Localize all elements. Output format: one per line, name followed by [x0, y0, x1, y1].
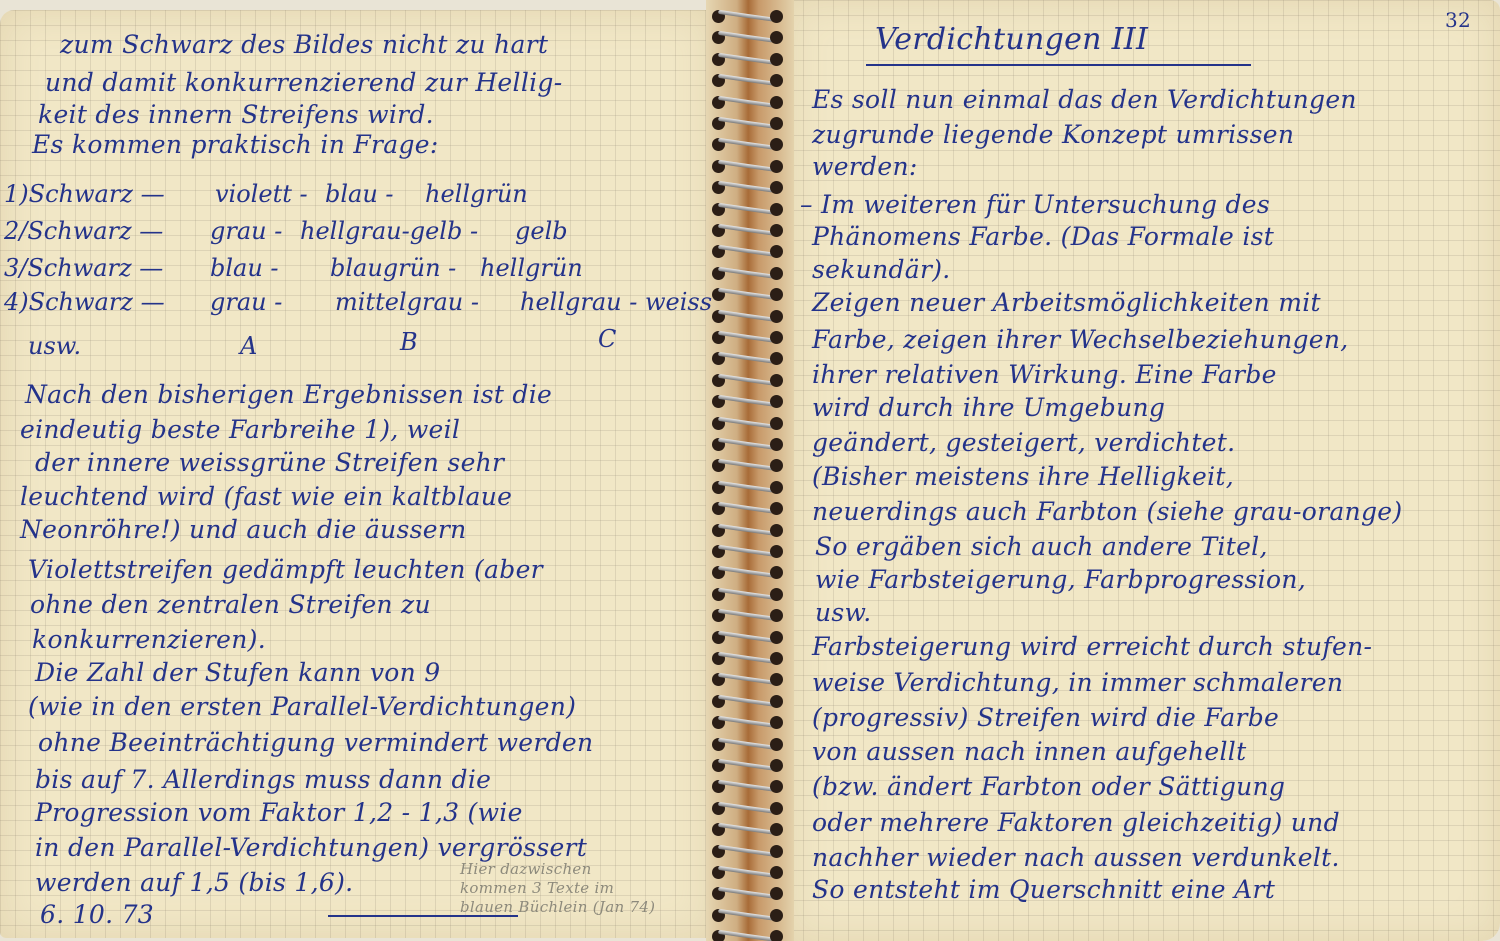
coil-wire — [718, 74, 778, 86]
punch-hole — [770, 609, 783, 622]
punch-hole — [770, 887, 783, 900]
handwritten-line: (Bisher meistens ihre Helligkeit, — [812, 462, 1234, 492]
punch-hole — [770, 802, 783, 815]
handwritten-line: ihrer relativen Wirkung. Eine Farbe — [812, 360, 1277, 390]
spiral-coil — [706, 94, 794, 112]
spiral-coil — [706, 864, 794, 882]
handwritten-line: So entsteht im Querschnitt eine Art — [812, 875, 1275, 905]
row-3-c: hellgrün — [480, 254, 583, 282]
punch-hole — [770, 138, 783, 151]
handwritten-line: sekundär). — [812, 255, 951, 285]
punch-hole — [770, 288, 783, 301]
row-2-start: 2/Schwarz — — [4, 217, 163, 245]
spiral-coil — [706, 607, 794, 625]
punch-hole — [770, 160, 783, 173]
spiral-coil — [706, 650, 794, 668]
punch-hole — [770, 245, 783, 258]
punch-hole — [770, 866, 783, 879]
coil-wire — [718, 802, 778, 814]
coil-wire — [718, 652, 778, 664]
coil-wire — [718, 780, 778, 792]
handwritten-line: (bzw. ändert Farbton oder Sättigung — [812, 772, 1285, 802]
coil-wire — [718, 673, 778, 685]
spiral-coil — [706, 693, 794, 711]
punch-hole — [770, 374, 783, 387]
row-3-start: 3/Schwarz — — [4, 254, 163, 282]
coil-wire — [718, 930, 778, 941]
coil-wire — [718, 523, 778, 535]
handwritten-line: Die Zahl der Stufen kann von 9 — [35, 658, 441, 688]
coil-wire — [718, 95, 778, 107]
coil-wire — [718, 609, 778, 621]
punch-hole — [770, 652, 783, 665]
punch-hole — [770, 695, 783, 708]
spiral-coil — [706, 885, 794, 903]
coil-wire — [718, 909, 778, 921]
row-3-a: blau - — [210, 254, 279, 282]
spiral-coil — [706, 457, 794, 475]
handwritten-line: Es kommen praktisch in Frage: — [32, 130, 439, 160]
handwritten-line: wie Farbsteigerung, Farbprogression, — [815, 565, 1306, 595]
row-2-a: grau - — [210, 217, 282, 245]
punch-hole — [770, 780, 783, 793]
punch-hole — [770, 930, 783, 941]
row-1-b: blau - — [325, 180, 394, 208]
spiral-coil — [706, 415, 794, 433]
handwritten-line: ohne Beeinträchtigung vermindert werden — [38, 728, 593, 758]
punch-hole — [770, 545, 783, 558]
punch-hole — [770, 331, 783, 344]
spiral-coil — [706, 222, 794, 240]
column-label-b: B — [400, 328, 418, 356]
coil-wire — [718, 630, 778, 642]
handwritten-line: Farbsteigerung wird erreicht durch stufe… — [812, 632, 1372, 662]
spiral-coil — [706, 564, 794, 582]
punch-hole — [770, 267, 783, 280]
punch-hole — [770, 203, 783, 216]
spiral-coil — [706, 243, 794, 261]
coil-wire — [718, 10, 778, 22]
coil-wire — [718, 866, 778, 878]
coil-wire — [718, 181, 778, 193]
punch-hole — [770, 74, 783, 87]
punch-hole — [770, 524, 783, 537]
coil-wire — [718, 267, 778, 279]
spiral-coil — [706, 179, 794, 197]
row-1-start: 1)Schwarz — — [4, 180, 165, 208]
spiral-coil — [706, 500, 794, 518]
handwritten-line: weise Verdichtung, in immer schmaleren — [812, 668, 1343, 698]
spiral-coil — [706, 350, 794, 368]
punch-hole — [770, 395, 783, 408]
spiral-coil — [706, 800, 794, 818]
coil-wire — [718, 844, 778, 856]
handwritten-line: Violettstreifen gedämpft leuchten (aber — [28, 555, 543, 585]
handwritten-line: So ergäben sich auch andere Titel, — [815, 532, 1268, 562]
handwritten-line: Farbe, zeigen ihrer Wechselbeziehungen, — [812, 325, 1349, 355]
coil-wire — [718, 887, 778, 899]
punch-hole — [770, 502, 783, 515]
punch-hole — [770, 631, 783, 644]
pencil-note-line: kommen 3 Texte im — [460, 879, 655, 898]
row-1-c: hellgrün — [425, 180, 528, 208]
spiral-coil — [706, 543, 794, 561]
spiral-coil — [706, 436, 794, 454]
handwritten-line: Phänomens Farbe. (Das Formale ist — [812, 222, 1274, 252]
coil-wire — [718, 309, 778, 321]
row-4-start: 4)Schwarz — — [4, 288, 165, 316]
punch-hole — [770, 909, 783, 922]
handwritten-line: der innere weissgrüne Streifen sehr — [35, 448, 504, 478]
coil-wire — [718, 288, 778, 300]
spiral-coil — [706, 778, 794, 796]
punch-hole — [770, 181, 783, 194]
handwritten-line: keit des innern Streifens wird. — [38, 100, 434, 130]
spiral-coil — [706, 586, 794, 604]
coil-wire — [718, 759, 778, 771]
handwritten-line: Es soll nun einmal das den Verdichtungen — [812, 85, 1357, 115]
row-4-b: mittelgrau - — [335, 288, 479, 316]
spiral-coil — [706, 479, 794, 497]
spiral-coil — [706, 757, 794, 775]
spiral-coil — [706, 286, 794, 304]
coil-wire — [718, 695, 778, 707]
spiral-coil — [706, 265, 794, 283]
pencil-note-line: blauen Büchlein (Jan 74) — [460, 898, 655, 917]
coil-wire — [718, 202, 778, 214]
spiral-coil — [706, 136, 794, 154]
column-label-a: A — [240, 332, 257, 360]
page-title: Verdichtungen III — [875, 25, 1148, 55]
handwritten-line: werden: — [812, 152, 918, 182]
punch-hole — [770, 588, 783, 601]
handwritten-line: zum Schwarz des Bildes nicht zu hart — [60, 30, 548, 60]
handwritten-line: neuerdings auch Farbton (siehe grau-oran… — [812, 497, 1402, 527]
coil-wire — [718, 588, 778, 600]
punch-hole — [770, 716, 783, 729]
spiral-coil — [706, 158, 794, 176]
punch-hole — [770, 310, 783, 323]
handwritten-line: zugrunde liegende Konzept umrissen — [812, 120, 1294, 150]
coil-wire — [718, 31, 778, 43]
handwritten-line: nachher wieder nach aussen verdunkelt. — [812, 843, 1340, 873]
handwritten-line: eindeutig beste Farbreihe 1), weil — [20, 415, 460, 445]
coil-wire — [718, 716, 778, 728]
punch-hole — [770, 823, 783, 836]
punch-hole — [770, 566, 783, 579]
handwritten-line: Neonröhre!) und auch die äussern — [20, 515, 466, 545]
spiral-coil — [706, 72, 794, 90]
handwritten-line: Progression vom Faktor 1,2 - 1,3 (wie — [35, 798, 523, 828]
handwritten-line: usw. — [815, 598, 872, 628]
punch-hole — [770, 31, 783, 44]
spiral-coil — [706, 8, 794, 26]
spiral-coil — [706, 329, 794, 347]
column-label-c: C — [598, 325, 616, 353]
pencil-note-line: Hier dazwischen — [460, 860, 655, 879]
handwritten-line: – Im weiteren für Untersuchung des — [800, 190, 1270, 220]
coil-wire — [718, 481, 778, 493]
usw-label: usw. — [28, 332, 81, 360]
handwritten-line: geändert, gesteigert, verdichtet. — [812, 428, 1235, 458]
spiral-coil — [706, 115, 794, 133]
punch-hole — [770, 845, 783, 858]
punch-hole — [770, 224, 783, 237]
spiral-coil — [706, 201, 794, 219]
entry-date: 6. 10. 73 — [40, 900, 154, 930]
handwritten-line: bis auf 7. Allerdings muss dann die — [35, 765, 491, 795]
coil-wire — [718, 160, 778, 172]
coil-wire — [718, 545, 778, 557]
spiral-coil — [706, 51, 794, 69]
coil-wire — [718, 395, 778, 407]
spiral-coil — [706, 907, 794, 925]
handwritten-line: werden auf 1,5 (bis 1,6). — [35, 868, 353, 898]
row-4-c: hellgrau - weiss — [520, 288, 712, 316]
spiral-coil — [706, 928, 794, 941]
spiral-coil — [706, 393, 794, 411]
coil-wire — [718, 224, 778, 236]
handwritten-line: wird durch ihre Umgebung — [812, 393, 1165, 423]
coil-wire — [718, 117, 778, 129]
punch-hole — [770, 459, 783, 472]
coil-wire — [718, 438, 778, 450]
row-3-b: blaugrün - — [330, 254, 456, 282]
handwritten-line: leuchtend wird (fast wie ein kaltblaue — [20, 482, 512, 512]
spiral-coil — [706, 372, 794, 390]
spiral-coil — [706, 629, 794, 647]
coil-wire — [718, 331, 778, 343]
coil-wire — [718, 53, 778, 65]
punch-hole — [770, 438, 783, 451]
handwritten-line: konkurrenzieren). — [32, 625, 266, 655]
coil-wire — [718, 737, 778, 749]
handwritten-line: in den Parallel-Verdichtungen) vergrösse… — [35, 833, 587, 863]
spiral-binding — [706, 0, 794, 941]
handwritten-line: Nach den bisherigen Ergebnissen ist die — [25, 380, 552, 410]
coil-wire — [718, 502, 778, 514]
handwritten-line: von aussen nach innen aufgehellt — [812, 737, 1246, 767]
title-underline — [866, 64, 1251, 66]
spiral-coil — [706, 714, 794, 732]
punch-hole — [770, 10, 783, 23]
row-4-a: grau - — [210, 288, 282, 316]
row-2-c: gelb — [515, 217, 568, 245]
coil-wire — [718, 245, 778, 257]
coil-wire — [718, 566, 778, 578]
coil-wire — [718, 138, 778, 150]
handwritten-line: (progressiv) Streifen wird die Farbe — [812, 703, 1279, 733]
spiral-coil — [706, 821, 794, 839]
spiral-coil — [706, 522, 794, 540]
coil-wire — [718, 352, 778, 364]
coil-wire — [718, 374, 778, 386]
coil-wire — [718, 823, 778, 835]
punch-hole — [770, 96, 783, 109]
handwritten-line: und damit konkurrenzierend zur Hellig- — [45, 68, 562, 98]
page-number: 32 — [1445, 5, 1471, 35]
row-2-b: hellgrau-gelb - — [300, 217, 478, 245]
punch-hole — [770, 117, 783, 130]
handwritten-line: oder mehrere Faktoren gleichzeitig) und — [812, 808, 1340, 838]
punch-hole — [770, 673, 783, 686]
punch-hole — [770, 417, 783, 430]
spiral-coil — [706, 29, 794, 47]
spiral-coil — [706, 843, 794, 861]
pencil-note: Hier dazwischen kommen 3 Texte im blauen… — [460, 860, 655, 917]
punch-hole — [770, 481, 783, 494]
handwritten-line: (wie in den ersten Parallel-Verdichtunge… — [28, 692, 576, 722]
punch-hole — [770, 759, 783, 772]
handwritten-line: Zeigen neuer Arbeitsmöglichkeiten mit — [812, 288, 1321, 318]
coil-wire — [718, 416, 778, 428]
punch-hole — [770, 738, 783, 751]
spiral-coil — [706, 308, 794, 326]
punch-hole — [770, 53, 783, 66]
row-1-a: violett - — [215, 180, 308, 208]
spiral-coil — [706, 736, 794, 754]
spiral-coil — [706, 671, 794, 689]
handwritten-line: ohne den zentralen Streifen zu — [30, 590, 431, 620]
coil-wire — [718, 459, 778, 471]
punch-hole — [770, 352, 783, 365]
